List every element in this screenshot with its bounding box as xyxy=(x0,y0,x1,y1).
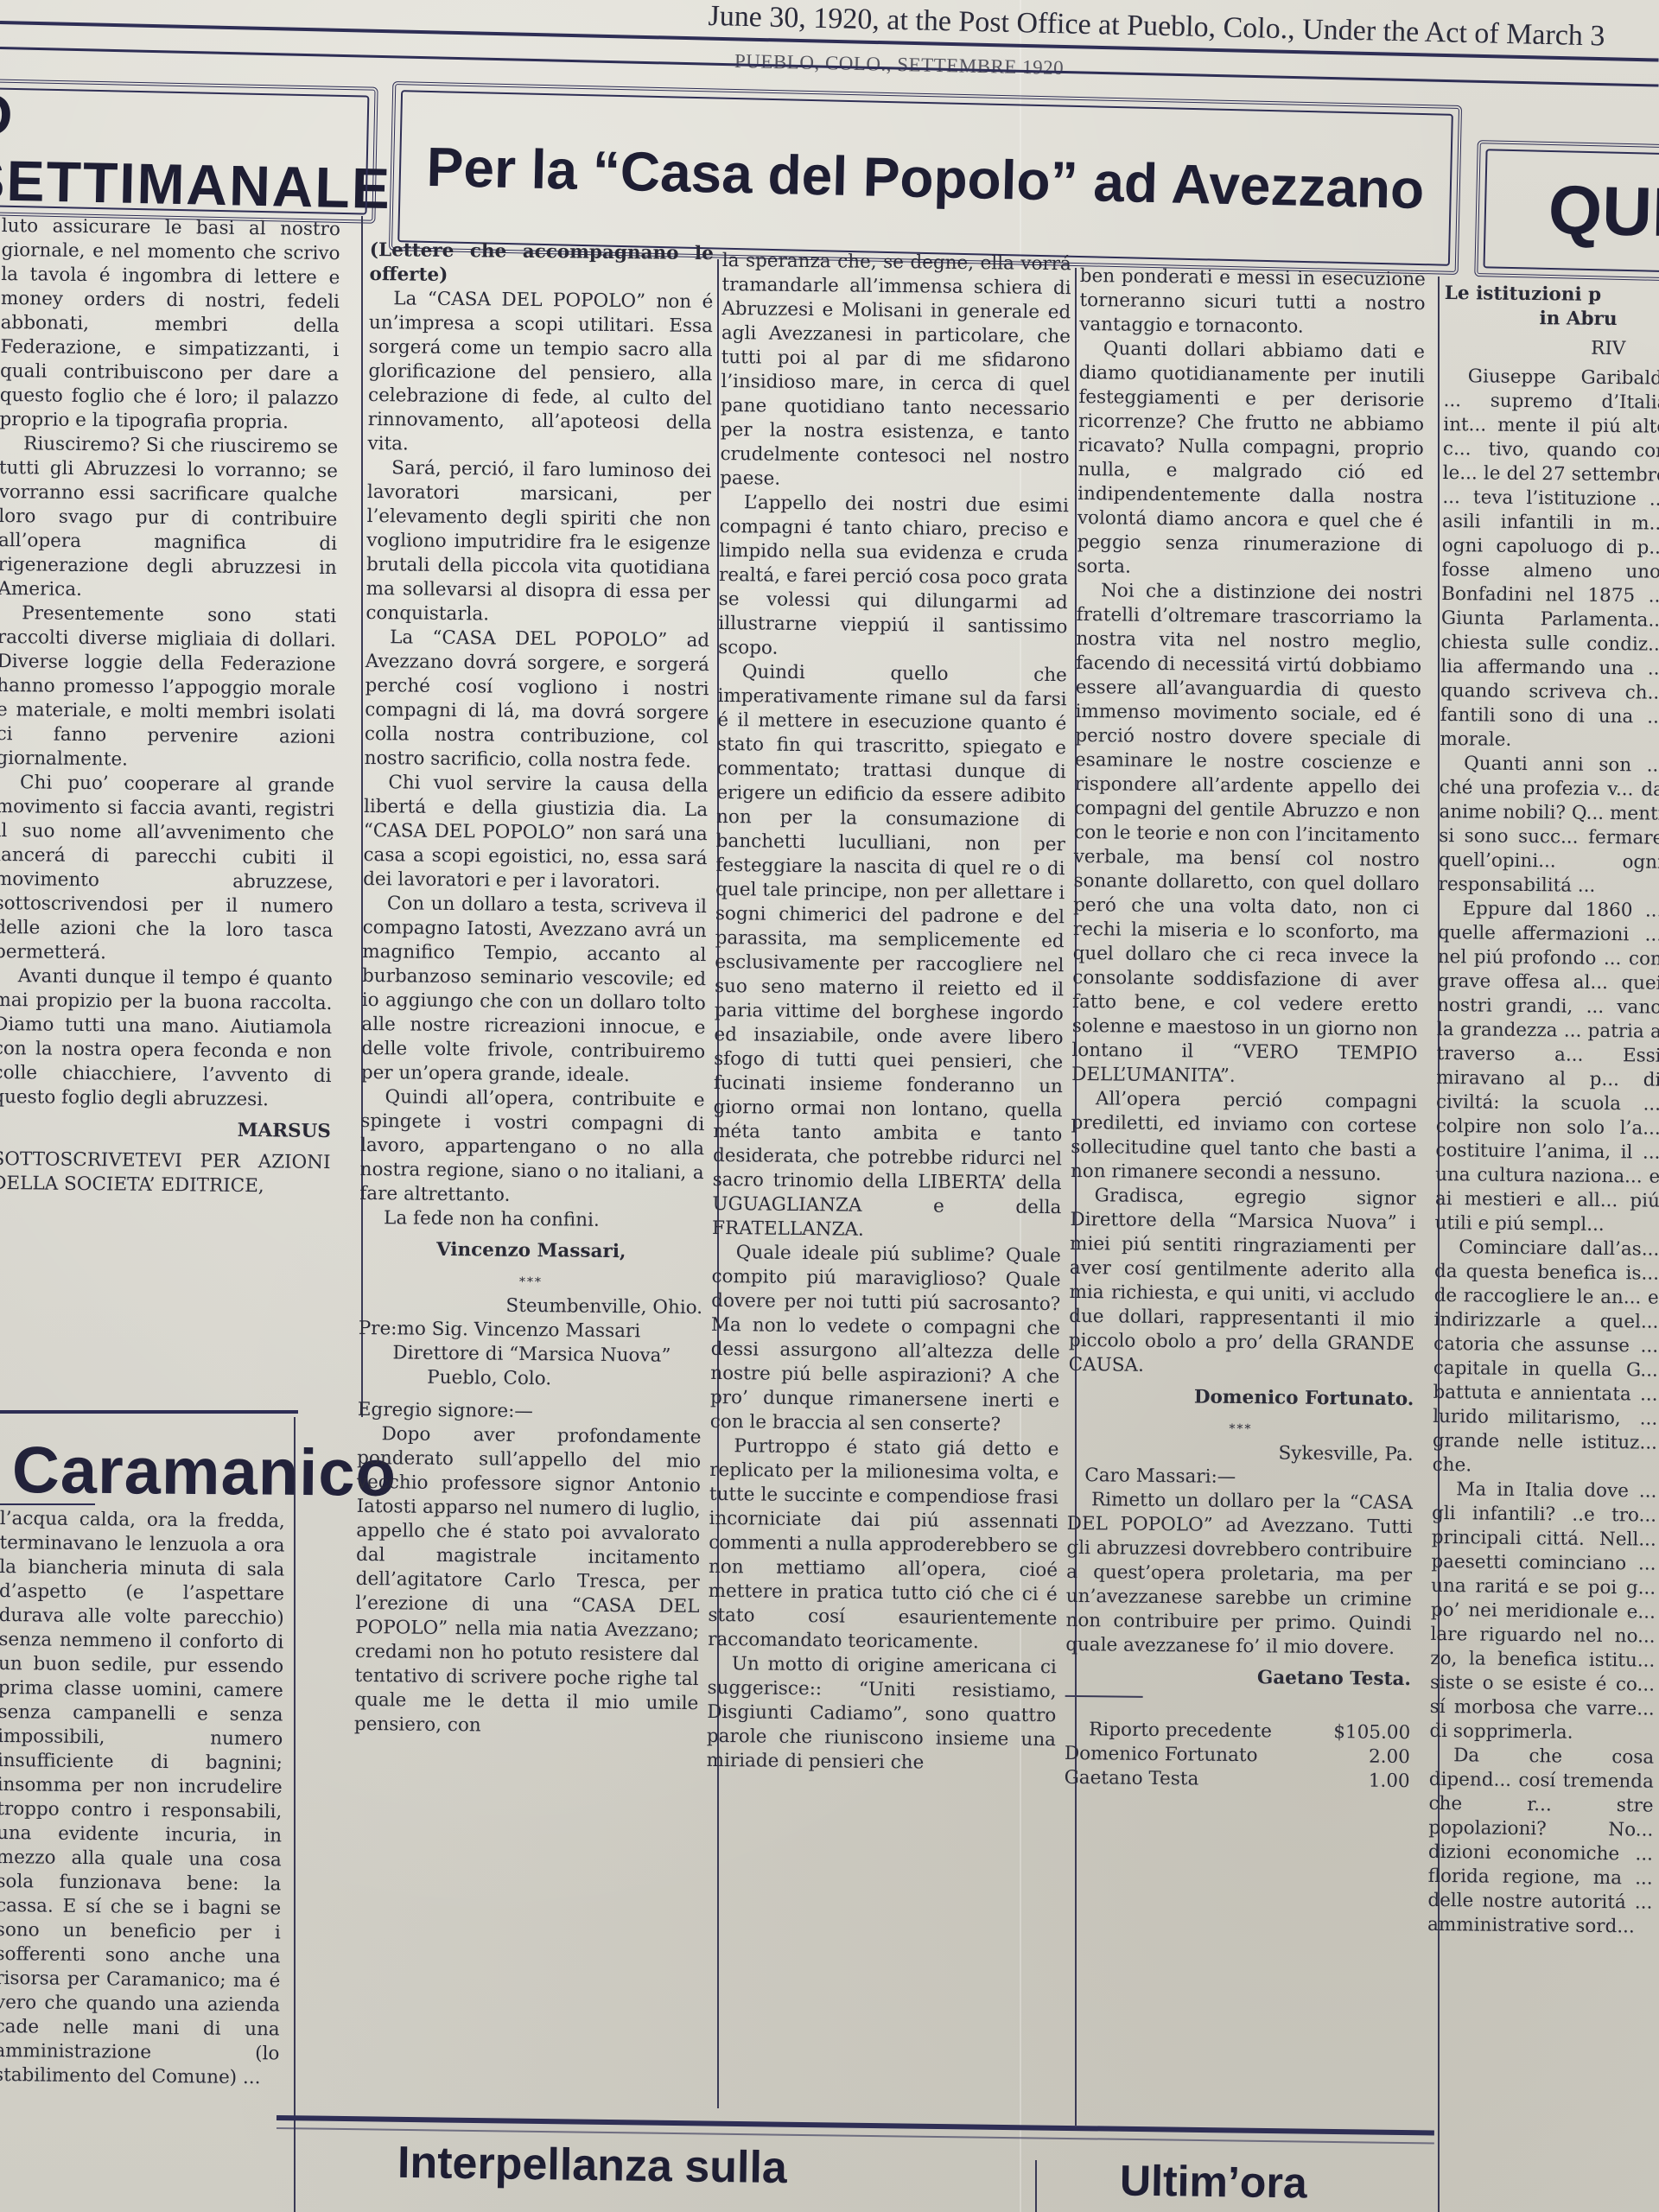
paragraph: Quindi all’opera, contribuite e spingete… xyxy=(359,1085,704,1210)
paragraph: Da che cosa dipend... cosí tremenda che … xyxy=(1427,1744,1654,1940)
separator-stars: *** xyxy=(359,1268,702,1296)
row-amount: 1.00 xyxy=(1369,1770,1410,1794)
column-letters-1: (Lettere che accompagnano le offerte) La… xyxy=(354,238,714,1740)
paragraph: Quanti dollari abbiamo dati e diamo quot… xyxy=(1077,337,1425,582)
subhead: in Abru xyxy=(1444,306,1659,333)
paragraph: Cominciare dall’as... da questa benefica… xyxy=(1433,1236,1659,1480)
paragraph: La fede non ha confini. xyxy=(359,1206,703,1234)
table-row: Domenico Fortunato 2.00 xyxy=(1065,1742,1410,1770)
column-divider xyxy=(294,1417,296,2212)
column-asili-infantili: Le istituzioni p in Abru RIV Giuseppe Ga… xyxy=(1427,282,1659,1940)
paragraph: Chi vuol servire la causa della libertá … xyxy=(363,771,708,895)
paragraph: La “CASA DEL POPOLO” non é un’impresa a … xyxy=(367,287,713,460)
signature: Gaetano Testa. xyxy=(1065,1664,1411,1692)
paragraph: Dopo aver profondamente ponderato sull’a… xyxy=(354,1422,702,1740)
address-line: Pre:mo Sig. Vincenzo Massari xyxy=(359,1317,702,1344)
salutation: Caro Massari:— xyxy=(1067,1464,1413,1491)
paragraph: ben ponderati e messi in esecuzione torn… xyxy=(1079,264,1426,340)
caramanico-title: Caramanico xyxy=(12,1433,397,1511)
paragraph: All’opera perció compagni prediletti, ed… xyxy=(1071,1087,1417,1187)
address-line: Pueblo, Colo. xyxy=(358,1365,702,1393)
paragraph: luto assicurare le basi al nostro giorna… xyxy=(0,214,340,435)
subhead: Le istituzioni p xyxy=(1445,282,1659,308)
paragraph: Quale ideale piú sublime? Quale compito … xyxy=(710,1241,1061,1438)
column-letters-3: ben ponderati e messi in esecuzione torn… xyxy=(1065,264,1426,1794)
place: Steumbenville, Ohio. xyxy=(359,1293,702,1320)
column-settimanale: luto assicurare le basi al nostro giorna… xyxy=(0,214,340,1199)
headline-settimanale: O SETTIMANALE xyxy=(0,79,378,224)
address-line: Direttore di “Marsica Nuova” xyxy=(358,1341,702,1369)
paragraph: Gradisca, egregio signor Direttore della… xyxy=(1069,1184,1416,1381)
paragraph: l’acqua calda, ora la fredda, terminavan… xyxy=(0,1507,285,2090)
paragraph: Quindi quello che imperativamente rimane… xyxy=(712,660,1067,1244)
paragraph: Noi che a distinzione dei nostri fratell… xyxy=(1071,579,1422,1090)
column-letters-2: la speranza che, se degne, ella vorrá tr… xyxy=(707,249,1071,1777)
section-rule xyxy=(0,1410,298,1414)
paragraph: Presentemente sono stati raccolti divers… xyxy=(0,601,336,774)
paragraph: L’appello dei nostri due esimi compagni … xyxy=(718,491,1069,664)
paragraph: la speranza che, se degne, ella vorrá tr… xyxy=(720,249,1071,494)
paragraph: Chi puo’ cooperare al grande movimento s… xyxy=(0,771,334,968)
divider xyxy=(1065,1695,1143,1698)
subhead: (Lettere che accompagnano le offerte) xyxy=(369,238,714,290)
separator-stars: *** xyxy=(1068,1415,1414,1443)
paragraph: La “CASA DEL POPOLO” ad Avezzano dovrá s… xyxy=(365,626,710,774)
row-label: Gaetano Testa xyxy=(1065,1766,1199,1792)
signature: Vincenzo Massari, xyxy=(359,1237,703,1265)
title-underline xyxy=(0,1503,95,1505)
salutation: Egregio signore:— xyxy=(358,1398,702,1426)
paragraph: Ma in Italia dove ... gli infantili? ..e… xyxy=(1429,1478,1656,1746)
paragraph: Quanti anni son ... ché una profezia v..… xyxy=(1439,752,1659,899)
row-amount: 2.00 xyxy=(1369,1745,1410,1770)
column-divider xyxy=(1035,2160,1037,2212)
paragraph: Riusciremo? Si che riusciremo se tutti g… xyxy=(0,432,338,605)
paragraph: Avanti dunque il tempo é quanto mai prop… xyxy=(0,964,333,1113)
appeal: SOTTOSCRIVETEVI PER AZIONI DELLA SOCIETA… xyxy=(0,1147,331,1199)
headline-interpellanza: Interpellanza sulla xyxy=(397,2137,788,2194)
row-label: Domenico Fortunato xyxy=(1065,1742,1258,1768)
headline-ultimora: Ultim’ora xyxy=(1120,2155,1307,2208)
paragraph: Un motto di origine americana ci suggeri… xyxy=(707,1652,1057,1777)
contributions-table: Riporto precedente $105.00 Domenico Fort… xyxy=(1065,1718,1411,1794)
table-row: Riporto precedente $105.00 xyxy=(1065,1718,1410,1745)
signature: Domenico Fortunato. xyxy=(1068,1384,1414,1412)
paragraph: Purtroppo é stato giá detto e replicato … xyxy=(708,1434,1059,1656)
column-caramanico: l’acqua calda, ora la fredda, terminavan… xyxy=(0,1507,285,2090)
subhead: RIV xyxy=(1444,335,1659,362)
paragraph: Con un dollaro a testa, scriveva il comp… xyxy=(361,892,707,1089)
paragraph: Giuseppe Garibaldi ... supremo d’Italia … xyxy=(1440,365,1659,754)
headline-que: QUE xyxy=(1474,140,1659,283)
paragraph: Eppure dal 1860 ... quelle affermazioni … xyxy=(1434,897,1659,1238)
place: Sykesville, Pa. xyxy=(1067,1440,1413,1467)
paragraph: Rimetto un dollaro per la “CASA DEL POPO… xyxy=(1065,1488,1413,1661)
table-row: Gaetano Testa 1.00 xyxy=(1065,1766,1410,1794)
row-label: Riporto precedente xyxy=(1065,1718,1272,1745)
row-amount: $105.00 xyxy=(1333,1720,1410,1745)
paragraph: Sará, perció, il faro luminoso dei lavor… xyxy=(365,456,711,629)
signature: MARSUS xyxy=(0,1116,331,1144)
